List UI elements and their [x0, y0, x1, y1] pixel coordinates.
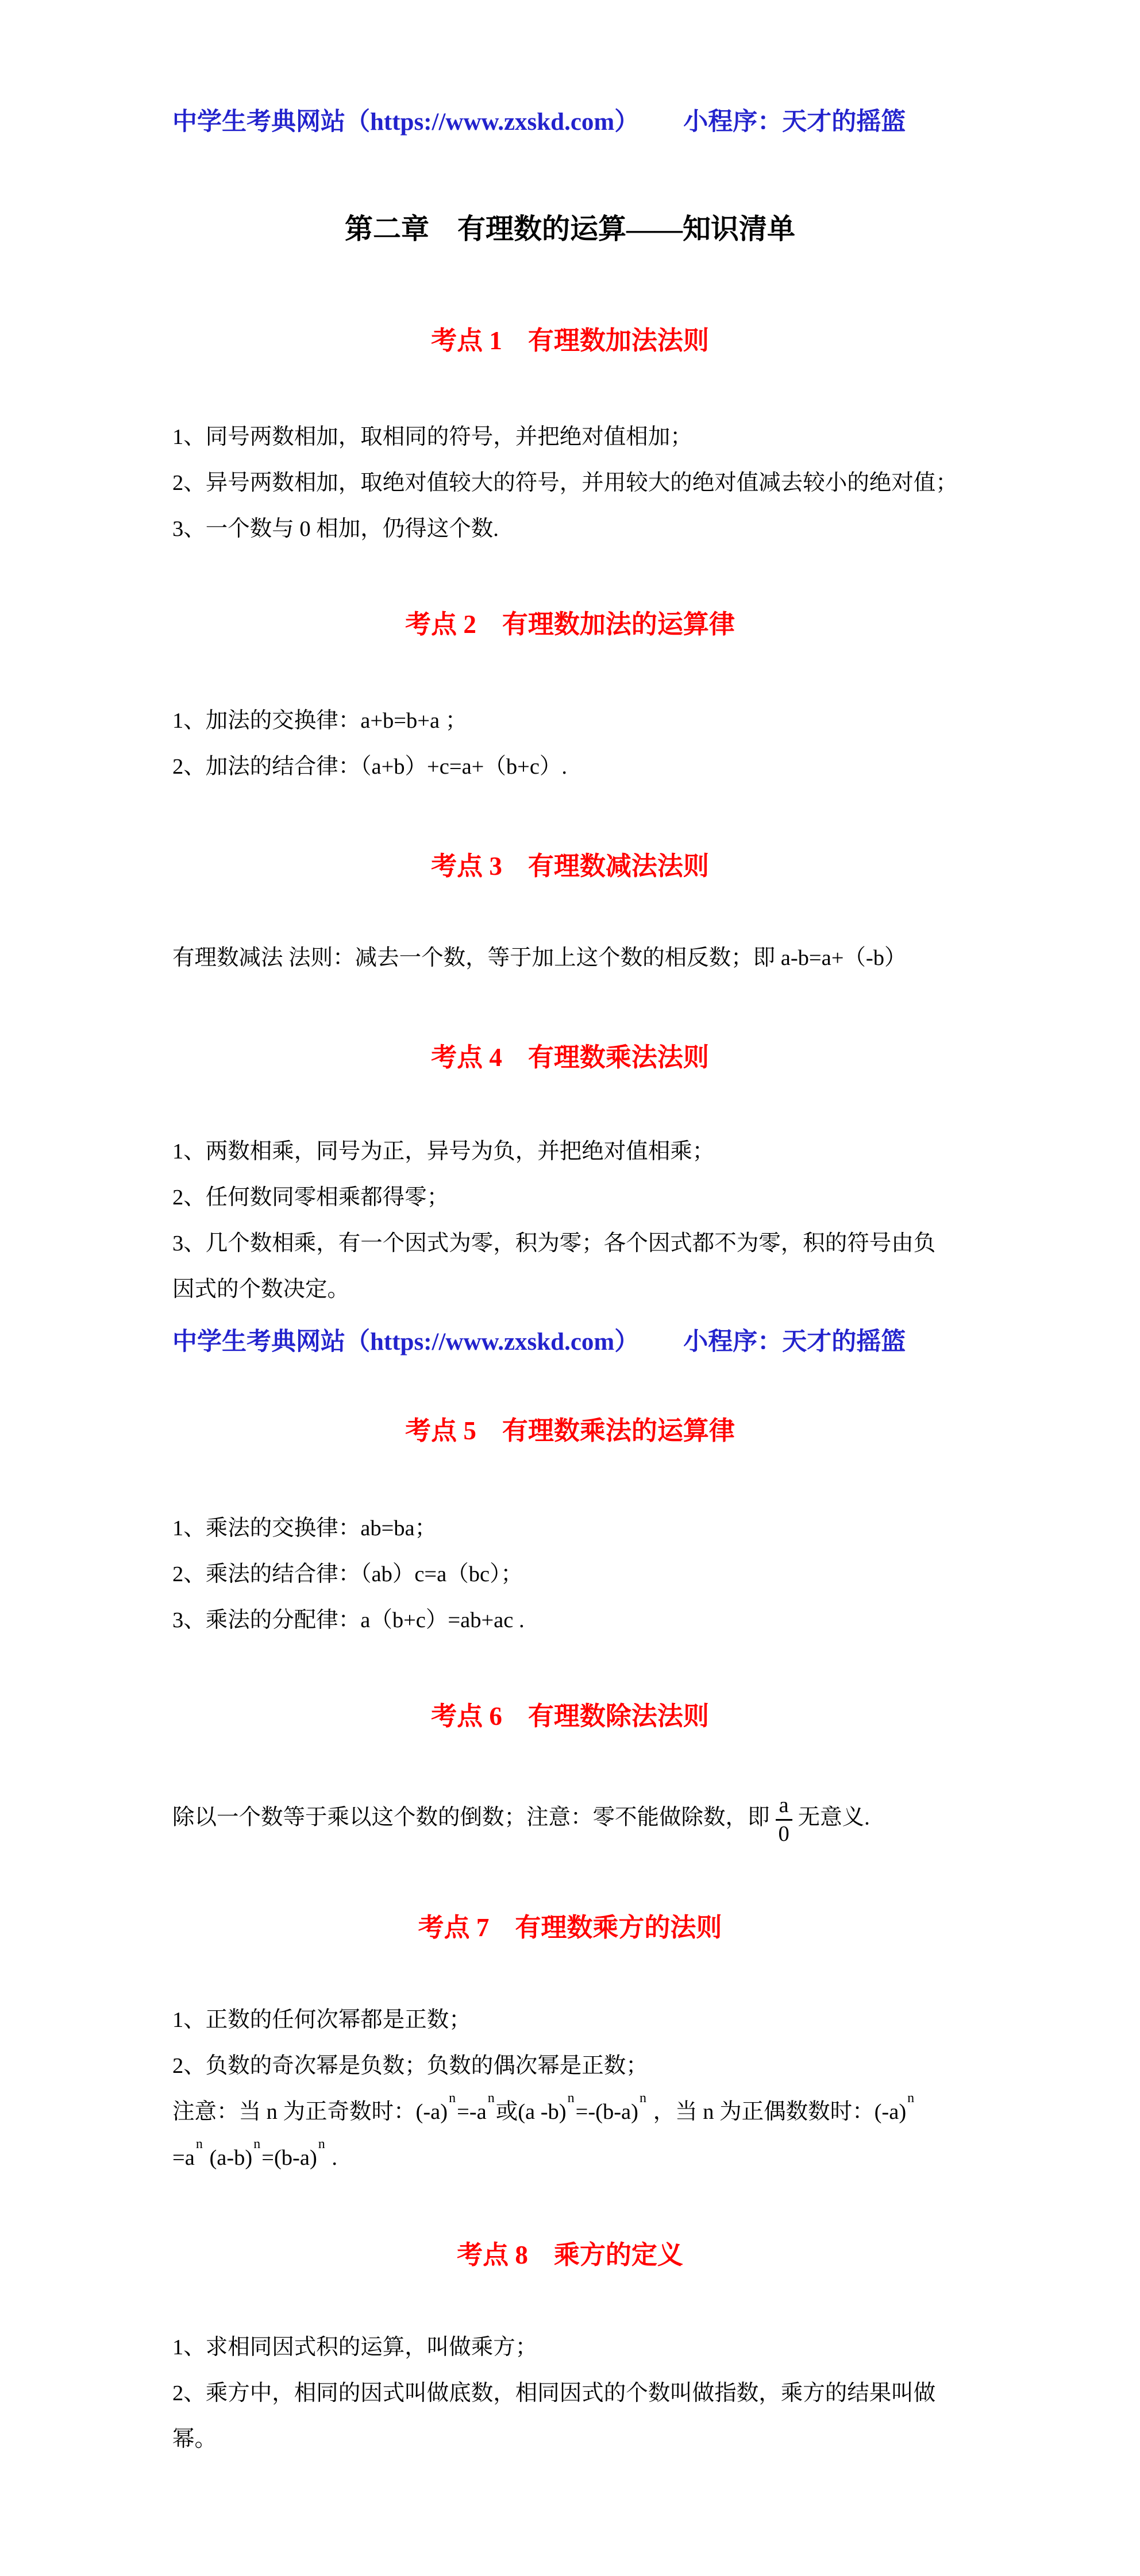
section-heading-5: 考点 5 有理数乘法的运算律: [172, 1415, 968, 1447]
site-header-top: 中学生考典网站（https://www.zxskd.com） 小程序：天才的摇篮: [172, 107, 968, 138]
fraction-numerator: a: [776, 1793, 792, 1820]
body-line: 2、异号两数相加，取绝对值较大的符号，并用较大的绝对值减去较小的绝对值；: [172, 460, 968, 506]
miniprogram-label: 小程序：天才的摇篮: [683, 1327, 906, 1358]
fraction-denominator: 0: [776, 1821, 792, 1847]
section-body-1: 1、同号两数相加，取相同的符号，并把绝对值相加； 2、异号两数相加，取绝对值较大…: [172, 414, 968, 552]
body-line: 2、乘法的结合律：（ab）c=a（bc）；: [172, 1551, 968, 1597]
body-line: 有理数减法 法则：减去一个数，等于加上这个数的相反数；即 a-b=a+（-b）: [172, 935, 968, 981]
division-rule-text-after: 无意义.: [798, 1806, 870, 1830]
document-page: 中学生考典网站（https://www.zxskd.com） 小程序：天才的摇篮…: [0, 0, 1140, 2462]
section-body-3: 有理数减法 法则：减去一个数，等于加上这个数的相反数；即 a-b=a+（-b）: [172, 935, 968, 981]
note-text: (a-b): [204, 2146, 252, 2170]
body-line: 因式的个数决定。: [172, 1266, 968, 1312]
section-heading-1: 考点 1 有理数加法法则: [172, 325, 968, 357]
division-rule-text: 除以一个数等于乘以这个数的倒数；注意：零不能做除数，即: [172, 1806, 770, 1830]
site-header-middle: 中学生考典网站（https://www.zxskd.com） 小程序：天才的摇篮: [172, 1327, 968, 1358]
superscript-n: n: [196, 2137, 203, 2152]
superscript-n: n: [907, 2091, 914, 2106]
section-heading-7: 考点 7 有理数乘方的法则: [172, 1911, 968, 1944]
note-text: .: [326, 2146, 337, 2170]
body-line: =an (a-b)n=(b-a)n .: [172, 2135, 968, 2181]
note-text: 或(a -b): [496, 2100, 567, 2124]
section-heading-6: 考点 6 有理数除法法则: [172, 1700, 968, 1732]
note-text: =a: [172, 2146, 195, 2170]
body-line: 3、一个数与 0 相加，仍得这个数.: [172, 506, 968, 552]
section-heading-8: 考点 8 乘方的定义: [172, 2239, 968, 2271]
section-body-2: 1、加法的交换律：a+b=b+a ； 2、加法的结合律：（a+b）+c=a+（b…: [172, 698, 968, 790]
section-body-8: 1、求相同因式积的运算，叫做乘方； 2、乘方中，相同的因式叫做底数，相同因式的个…: [172, 2324, 968, 2462]
note-text: =(b-a): [261, 2146, 317, 2170]
body-line: 2、乘方中，相同的因式叫做底数，相同因式的个数叫做指数，乘方的结果叫做: [172, 2370, 968, 2416]
body-line: 3、乘法的分配律：a（b+c）=ab+ac .: [172, 1597, 968, 1643]
body-line: 1、乘法的交换律：ab=ba；: [172, 1505, 968, 1551]
site-name-link: 中学生考典网站（https://www.zxskd.com）: [172, 1327, 639, 1358]
section-body-4: 1、两数相乘，同号为正，异号为负，并把绝对值相乘； 2、任何数同零相乘都得零； …: [172, 1129, 968, 1312]
body-line: 2、任何数同零相乘都得零；: [172, 1175, 968, 1221]
superscript-n: n: [568, 2091, 575, 2106]
superscript-n: n: [488, 2091, 495, 2106]
superscript-n: n: [318, 2137, 325, 2152]
body-line: 1、加法的交换律：a+b=b+a ；: [172, 698, 968, 744]
body-line: 1、求相同因式积的运算，叫做乘方；: [172, 2324, 968, 2370]
body-line: 1、同号两数相加，取相同的符号，并把绝对值相加；: [172, 414, 968, 460]
body-line: 3、几个数相乘，有一个因式为零，积为零；各个因式都不为零，积的符号由负: [172, 1221, 968, 1266]
body-line: 除以一个数等于乘以这个数的倒数；注意：零不能做除数，即a0无意义.: [172, 1793, 968, 1847]
body-line: 1、正数的任何次幂都是正数；: [172, 1997, 968, 2043]
section-body-7: 1、正数的任何次幂都是正数； 2、负数的奇次幂是负数；负数的偶次幂是正数； 注意…: [172, 1997, 968, 2181]
section-heading-4: 考点 4 有理数乘法法则: [172, 1041, 968, 1073]
miniprogram-label: 小程序：天才的摇篮: [683, 107, 906, 138]
fraction-a-over-0: a0: [776, 1793, 792, 1847]
note-text: 注意：当 n 为正奇数时：(-a): [172, 2100, 448, 2124]
page-title: 第二章 有理数的运算——知识清单: [172, 211, 968, 246]
body-line: 1、两数相乘，同号为正，异号为负，并把绝对值相乘；: [172, 1129, 968, 1175]
note-text: ，当 n 为正偶数数时：(-a): [648, 2100, 906, 2124]
section-heading-3: 考点 3 有理数减法法则: [172, 850, 968, 882]
note-text: =-(b-a): [576, 2100, 638, 2124]
superscript-n: n: [640, 2091, 646, 2106]
body-line: 注意：当 n 为正奇数时：(-a)n=-an或(a -b)n=-(b-a)n ，…: [172, 2089, 968, 2135]
section-heading-2: 考点 2 有理数加法的运算律: [172, 608, 968, 640]
body-line: 2、加法的结合律：（a+b）+c=a+（b+c）.: [172, 744, 968, 790]
section-body-5: 1、乘法的交换律：ab=ba； 2、乘法的结合律：（ab）c=a（bc）； 3、…: [172, 1505, 968, 1643]
site-name-link: 中学生考典网站（https://www.zxskd.com）: [172, 107, 639, 138]
body-line: 幂。: [172, 2416, 968, 2462]
section-body-6: 除以一个数等于乘以这个数的倒数；注意：零不能做除数，即a0无意义.: [172, 1793, 968, 1847]
note-text: =-a: [457, 2100, 487, 2124]
body-line: 2、负数的奇次幂是负数；负数的偶次幂是正数；: [172, 2043, 968, 2089]
superscript-n: n: [449, 2091, 456, 2106]
superscript-n: n: [253, 2137, 260, 2152]
